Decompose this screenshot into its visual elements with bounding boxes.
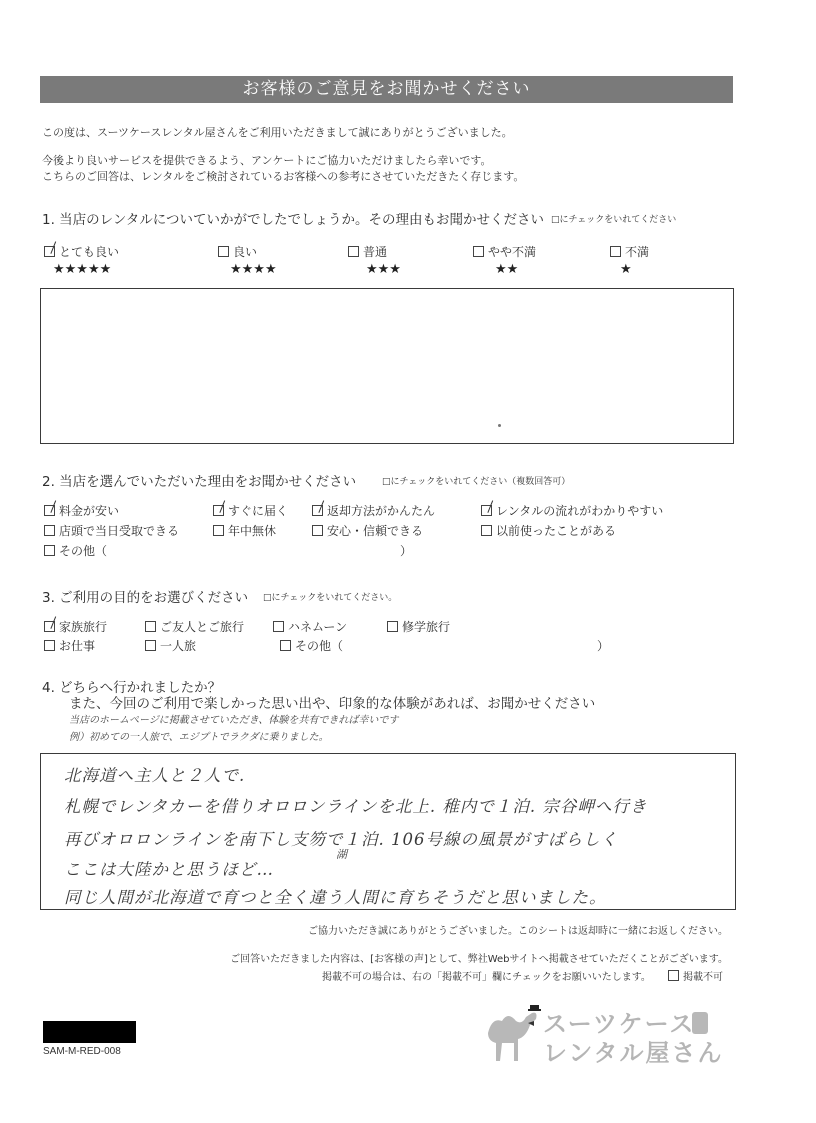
camel-icon — [478, 1003, 548, 1067]
q1-option-somewhat-dissatisfied[interactable]: やや不満 — [473, 243, 536, 260]
q4-answer-line-1: 北海道へ主人と２人で. — [64, 762, 245, 786]
q4-answer-line-2: 札幌でレンタカーを借りオロロンラインを北上. 稚内で１泊. 宗谷岬へ行き — [64, 793, 647, 817]
checkbox-icon[interactable] — [145, 621, 156, 632]
checkbox-icon[interactable] — [145, 640, 156, 651]
q2-other-input[interactable] — [118, 542, 388, 556]
q3-option-business[interactable]: お仕事 — [44, 637, 95, 654]
q2-option-price[interactable]: 料金が安い — [44, 502, 119, 519]
q3-option-school-trip[interactable]: 修学旅行 — [387, 618, 450, 635]
q4-note-line-1: 当店のホームページに掲載させていただき、体験を共有できれば幸いです — [69, 711, 398, 726]
checkbox-icon[interactable] — [44, 640, 55, 651]
q3-option-honeymoon[interactable]: ハネムーン — [273, 618, 347, 635]
scan-speck — [498, 424, 501, 427]
intro-line-3: こちらのご回答は、レンタルをご検討されているお客様への参考にさせていただきたく存… — [42, 168, 524, 184]
q3-other-input[interactable] — [350, 637, 590, 651]
checkbox-icon[interactable] — [348, 246, 359, 257]
logo-text-line-1: スーツケース — [543, 1011, 695, 1039]
q3-option-friends-trip[interactable]: ご友人とご旅行 — [145, 618, 244, 635]
q3-option-family-trip[interactable]: 家族旅行 — [44, 618, 107, 635]
checkbox-icon[interactable] — [387, 621, 398, 632]
q2-title: 2. 当店を選んでいただいた理由をお聞かせください — [42, 470, 356, 490]
q4-title-line-2: また、今回のご利用で楽しかった思い出や、印象的な体験があれば、お聞かせください — [69, 692, 595, 712]
q2-other-close-paren: ） — [400, 542, 412, 559]
q1-stars-5: ★★★★★ — [53, 262, 111, 277]
checkbox-icon[interactable] — [312, 505, 323, 516]
footer-publish-note: ご回答いただきました内容は、[お客様の声]として、弊社Webサイトへ掲載させてい… — [230, 950, 728, 965]
checkbox-icon[interactable] — [44, 621, 55, 632]
intro-line-1: この度は、スーツケースレンタル屋さんをご利用いただきまして誠にありがとうございま… — [42, 124, 513, 140]
checkbox-icon[interactable] — [610, 246, 621, 257]
checkbox-icon[interactable] — [280, 640, 291, 651]
q4-answer-annotation: 湖 — [336, 846, 348, 862]
intro-line-2: 今後より良いサービスを提供できるよう、アンケートにご協力いただけましたら幸いです… — [42, 152, 491, 168]
q2-option-fast-delivery[interactable]: すぐに届く — [213, 502, 288, 519]
footer-optout-note: 掲載不可の場合は、右の「掲載不可」欄にチェックをお願いいたします。 — [322, 968, 651, 983]
q2-option-easy-return[interactable]: 返却方法がかんたん — [312, 502, 435, 519]
q2-option-trustworthy[interactable]: 安心・信頼できる — [312, 522, 423, 539]
q4-answer-line-4: ここは大陸かと思うほど… — [64, 856, 274, 880]
q4-answer-line-5: 同じ人間が北海道で育つと全く違う人間に育ちそうだと思いました。 — [64, 884, 607, 908]
q1-stars-1: ★ — [620, 262, 632, 277]
q3-option-solo-trip[interactable]: 一人旅 — [145, 637, 196, 654]
checkbox-icon[interactable] — [668, 970, 679, 981]
checkbox-icon[interactable] — [44, 246, 55, 257]
checkbox-icon[interactable] — [473, 246, 484, 257]
q1-answer-box[interactable] — [40, 288, 734, 444]
q1-stars-3: ★★★ — [366, 262, 401, 277]
checkbox-icon[interactable] — [218, 246, 229, 257]
footer-thanks: ご協力いただき誠にありがとうございました。このシートは返却時に一緒にお返しくださ… — [308, 922, 728, 937]
q4-note-example: 例）初めての一人旅で、エジプトでラクダに乗りました。 — [69, 728, 329, 743]
q3-title: 3. ご利用の目的をお選びください — [42, 586, 248, 606]
checkbox-icon[interactable] — [44, 505, 55, 516]
q3-other-close-paren: ） — [597, 637, 609, 654]
checkbox-icon[interactable] — [213, 505, 224, 516]
checkbox-icon[interactable] — [481, 505, 492, 516]
q2-option-used-before[interactable]: 以前使ったことがある — [481, 522, 616, 539]
q1-option-dissatisfied[interactable]: 不満 — [610, 243, 649, 260]
suitcase-icon — [692, 1012, 708, 1034]
q3-option-other[interactable]: その他（ — [280, 637, 343, 654]
logo-text-line-2: レンタル屋さん — [543, 1040, 723, 1068]
checkbox-icon[interactable] — [44, 545, 55, 556]
checkbox-icon[interactable] — [312, 525, 323, 536]
form-title: お客様のご意見をお聞かせください — [40, 76, 733, 103]
q1-stars-2: ★★ — [495, 262, 518, 277]
q1-stars-4: ★★★★ — [230, 262, 277, 277]
q1-note: □にチェックをいれてください — [551, 212, 676, 225]
redaction-block — [43, 1021, 136, 1043]
q2-option-open-all-year[interactable]: 年中無休 — [213, 522, 276, 539]
checkbox-icon[interactable] — [213, 525, 224, 536]
publish-optout-checkbox[interactable]: 掲載不可 — [668, 968, 723, 983]
q1-option-average[interactable]: 普通 — [348, 243, 387, 260]
q2-option-other[interactable]: その他（ — [44, 542, 107, 559]
q1-option-good[interactable]: 良い — [218, 243, 257, 260]
checkbox-icon[interactable] — [44, 525, 55, 536]
checkbox-icon[interactable] — [481, 525, 492, 536]
checkbox-icon[interactable] — [273, 621, 284, 632]
document-code: SAM-M-RED-008 — [43, 1046, 121, 1057]
q1-option-very-good[interactable]: とても良い — [44, 243, 119, 260]
q2-note: □にチェックをいれてください（複数回答可） — [382, 474, 570, 487]
q2-option-same-day-pickup[interactable]: 店頭で当日受取できる — [44, 522, 179, 539]
q3-note: □にチェックをいれてください。 — [263, 590, 397, 603]
q2-option-clear-process[interactable]: レンタルの流れがわかりやすい — [481, 502, 663, 519]
q1-title: 1. 当店のレンタルについていかがでしたでしょうか。その理由もお聞かせください — [42, 208, 544, 228]
